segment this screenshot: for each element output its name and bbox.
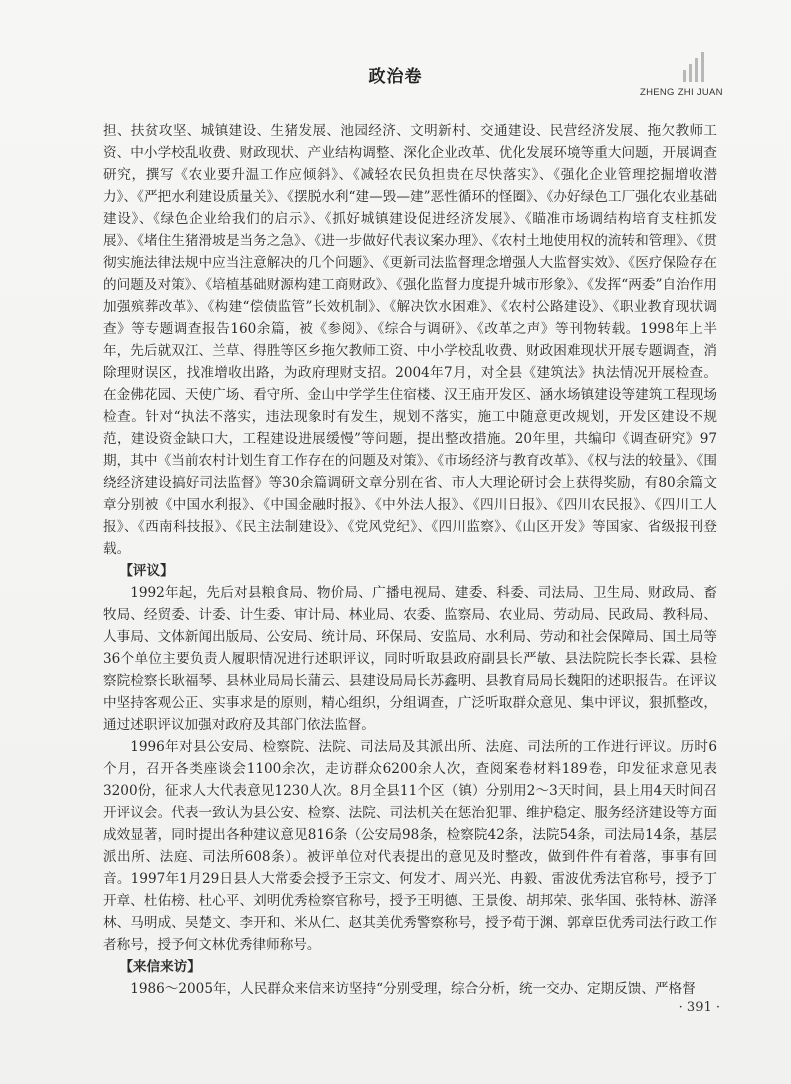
- running-header-pinyin: ZHENG ZHI JUAN: [640, 87, 720, 98]
- paragraph: 1992年起，先后对县粮食局、物价局、广播电视局、建委、科委、司法局、卫生局、财…: [103, 582, 717, 736]
- document-page: 政治卷 ZHENG ZHI JUAN 担、扶贫攻坚、城镇建设、生猪发展、池园经济…: [0, 0, 791, 1084]
- paragraph-continued: 担、扶贫攻坚、城镇建设、生猪发展、池园经济、文明新村、交通建设、民营经济发展、拖…: [103, 120, 717, 560]
- page-number: · 391 ·: [640, 1000, 720, 1015]
- running-header-title: 政治卷: [0, 62, 791, 87]
- header-bars-icon: [683, 50, 713, 82]
- section-heading-letters-visits: 【来信来访】: [119, 956, 717, 978]
- section-heading-review: 【评议】: [119, 560, 717, 582]
- paragraph: 1986～2005年，人民群众来信来访坚持“分别受理，综合分析，统一交办、定期反…: [103, 978, 717, 1000]
- body-text: 担、扶贫攻坚、城镇建设、生猪发展、池园经济、文明新村、交通建设、民营经济发展、拖…: [103, 120, 717, 1000]
- paragraph: 1996年对县公安局、检察院、法院、司法局及其派出所、法庭、司法所的工作进行评议…: [103, 736, 717, 956]
